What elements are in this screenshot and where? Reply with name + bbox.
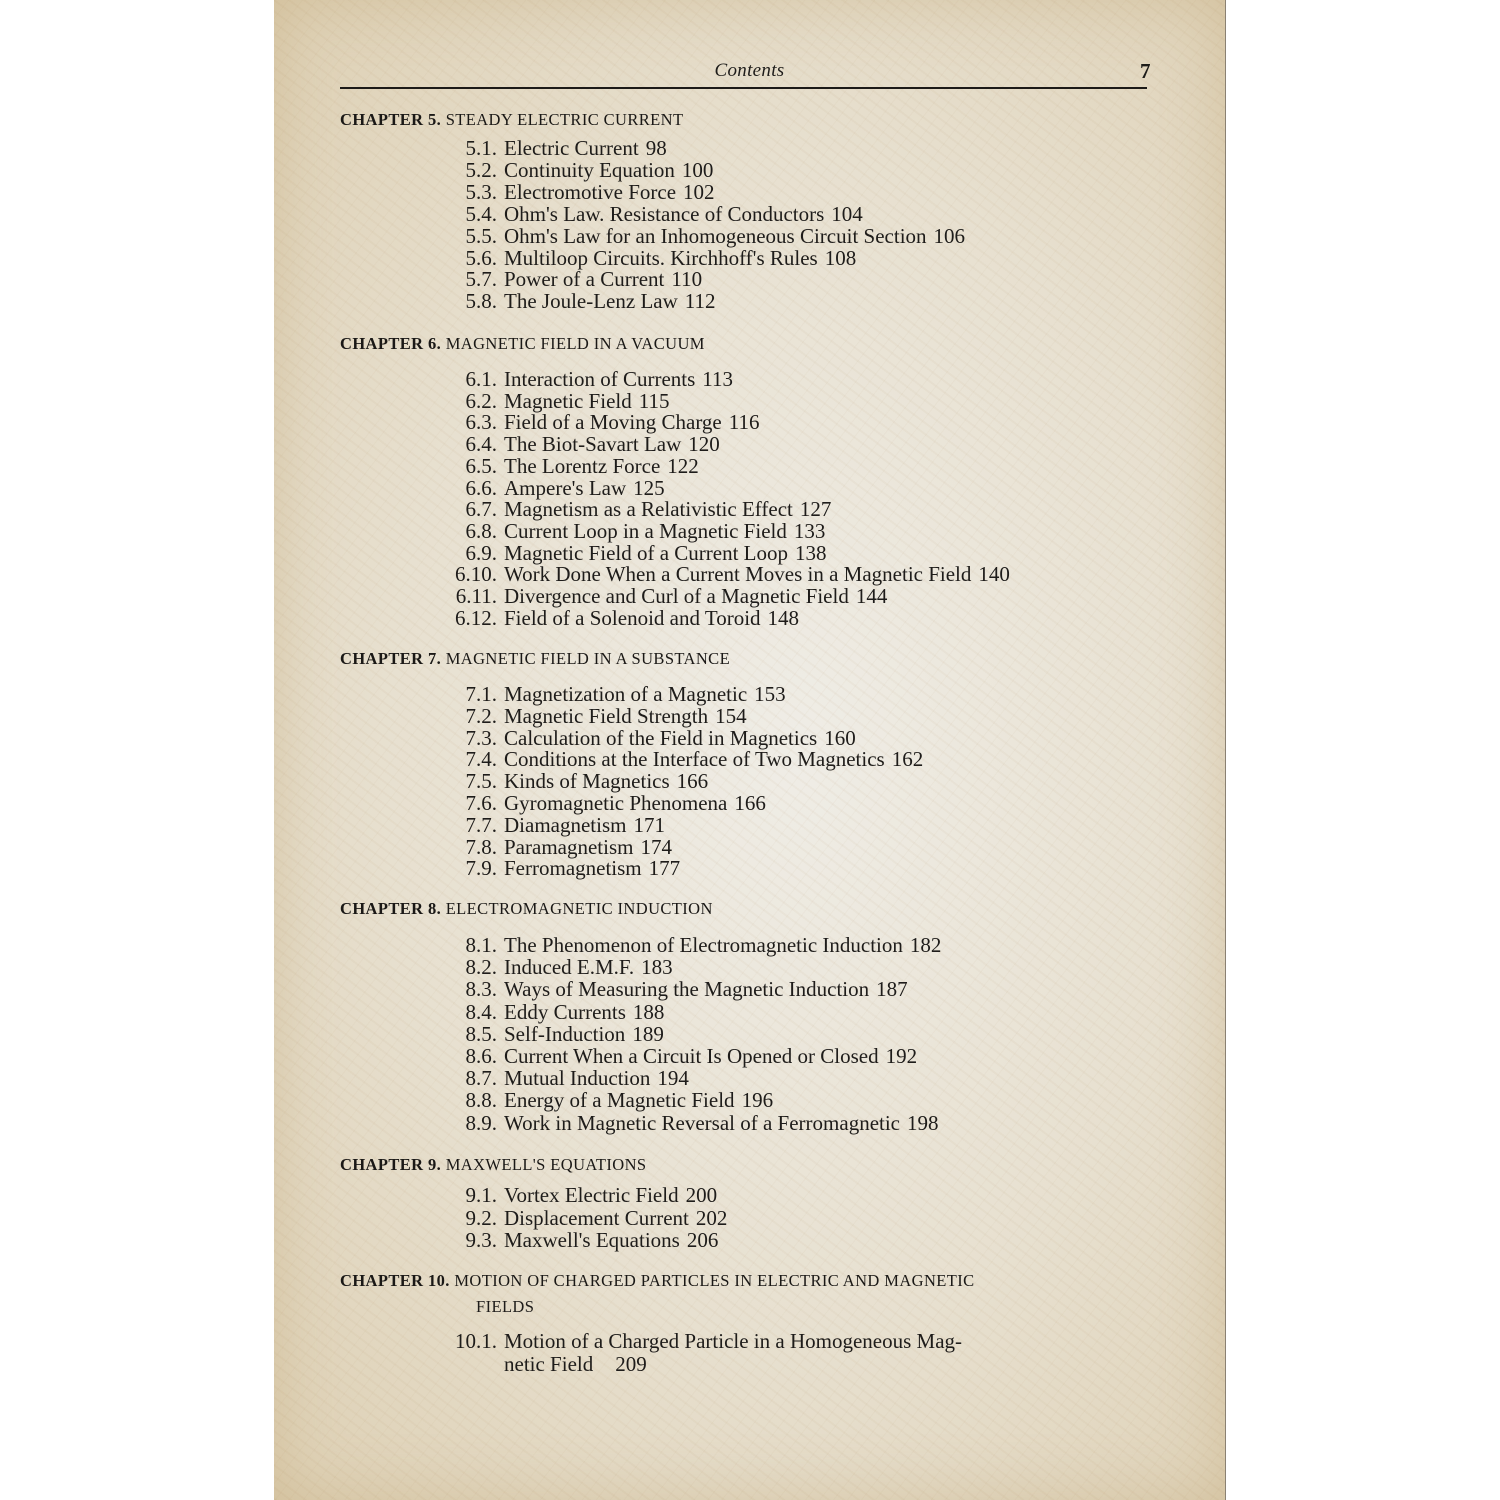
section-title: Magnetization of a Magnetic153: [504, 683, 786, 705]
toc-entry[interactable]: 8.3.Ways of Measuring the Magnetic Induc…: [274, 978, 1225, 1000]
section-title: Calculation of the Field in Magnetics160: [504, 727, 856, 749]
toc-entry[interactable]: 7.8.Paramagnetism174: [274, 836, 1225, 858]
section-page-number: 209: [615, 1352, 647, 1376]
page-number: 7: [1140, 59, 1151, 84]
section-title: Maxwell's Equations206: [504, 1229, 718, 1251]
section-title-text: Field of a Moving Charge: [504, 410, 722, 434]
section-title-text: Energy of a Magnetic Field: [504, 1088, 735, 1112]
section-page-number: 100: [682, 158, 714, 182]
section-page-number: 106: [934, 224, 966, 248]
section-number: 8.8.: [466, 1089, 498, 1111]
chapter-label: CHAPTER 8.: [340, 899, 441, 918]
section-page-number: 196: [742, 1088, 774, 1112]
section-page-number: 148: [768, 606, 800, 630]
section-number: 9.1.: [466, 1184, 498, 1206]
toc-entry[interactable]: 5.3.Electromotive Force102: [274, 181, 1225, 203]
section-number: 6.10.: [455, 563, 497, 585]
section-number: 8.6.: [466, 1045, 498, 1067]
toc-entry[interactable]: 6.2.Magnetic Field115: [274, 390, 1225, 412]
section-title-text: Work Done When a Current Moves in a Magn…: [504, 562, 971, 586]
chapter-heading[interactable]: CHAPTER 8. ELECTROMAGNETIC INDUCTION: [340, 899, 713, 919]
section-number: 9.2.: [466, 1207, 498, 1229]
section-number: 6.8.: [466, 520, 498, 542]
chapter-title: MAXWELL'S EQUATIONS: [441, 1155, 646, 1174]
section-page-number: 104: [831, 202, 863, 226]
section-title-text: Continuity Equation: [504, 158, 675, 182]
toc-entry[interactable]: 5.4.Ohm's Law. Resistance of Conductors1…: [274, 203, 1225, 225]
section-title: Magnetism as a Relativistic Effect127: [504, 498, 831, 520]
toc-entry[interactable]: 8.5.Self-Induction189: [274, 1023, 1225, 1045]
toc-entry[interactable]: 6.1.Interaction of Currents113: [274, 368, 1225, 390]
toc-entry[interactable]: 6.10.Work Done When a Current Moves in a…: [274, 563, 1225, 585]
toc-entry[interactable]: 8.1.The Phenomenon of Electromagnetic In…: [274, 934, 1225, 956]
section-number: 5.8.: [466, 290, 498, 312]
section-number: 6.11.: [456, 585, 497, 607]
section-title: Induced E.M.F.183: [504, 956, 673, 978]
section-page-number: 153: [754, 682, 786, 706]
section-title-text: Current Loop in a Magnetic Field: [504, 519, 787, 543]
section-title: Continuity Equation100: [504, 159, 713, 181]
section-title: Magnetic Field of a Current Loop138: [504, 542, 827, 564]
section-title-text: Magnetic Field: [504, 389, 632, 413]
toc-entry[interactable]: 8.2.Induced E.M.F.183: [274, 956, 1225, 978]
toc-entry[interactable]: 9.3.Maxwell's Equations206: [274, 1229, 1225, 1251]
section-page-number: 198: [907, 1111, 939, 1135]
section-number: 6.7.: [466, 498, 498, 520]
section-number: 8.2.: [466, 956, 498, 978]
section-number: 5.5.: [466, 225, 498, 247]
toc-entry[interactable]: 5.2.Continuity Equation100: [274, 159, 1225, 181]
section-title-text: Gyromagnetic Phenomena: [504, 791, 727, 815]
section-title: Current When a Circuit Is Opened or Clos…: [504, 1045, 917, 1067]
section-title-text: Divergence and Curl of a Magnetic Field: [504, 584, 849, 608]
toc-entry[interactable]: 7.4.Conditions at the Interface of Two M…: [274, 748, 1225, 770]
section-title: Magnetic Field Strength154: [504, 705, 747, 727]
section-title-text: Calculation of the Field in Magnetics: [504, 726, 817, 750]
section-page-number: 202: [696, 1206, 728, 1230]
section-title: Kinds of Magnetics166: [504, 770, 708, 792]
chapter-label: CHAPTER 9.: [340, 1155, 441, 1174]
section-number: 6.5.: [466, 455, 498, 477]
section-title-text: Ohm's Law. Resistance of Conductors: [504, 202, 824, 226]
chapter-heading[interactable]: CHAPTER 6. MAGNETIC FIELD IN A VACUUM: [340, 334, 705, 354]
section-title-text: Magnetism as a Relativistic Effect: [504, 497, 793, 521]
toc-entry[interactable]: 6.7.Magnetism as a Relativistic Effect12…: [274, 498, 1225, 520]
toc-entry[interactable]: 5.6.Multiloop Circuits. Kirchhoff's Rule…: [274, 247, 1225, 269]
section-title-text: Multiloop Circuits. Kirchhoff's Rules: [504, 246, 818, 270]
section-page-number: 127: [800, 497, 832, 521]
section-page-number: 133: [794, 519, 826, 543]
section-number: 6.3.: [466, 411, 498, 433]
toc-entry[interactable]: 7.9.Ferromagnetism177: [274, 857, 1225, 879]
section-number: 7.2.: [466, 705, 498, 727]
section-number: 7.8.: [466, 836, 498, 858]
section-title-text: The Phenomenon of Electromagnetic Induct…: [504, 933, 903, 957]
section-number: 5.2.: [466, 159, 498, 181]
section-page-number: 116: [729, 410, 760, 434]
section-page-number: 108: [825, 246, 857, 270]
section-title: The Lorentz Force122: [504, 455, 699, 477]
section-title: Ampere's Law125: [504, 477, 665, 499]
section-page-number: 122: [667, 454, 699, 478]
section-title-text: Field of a Solenoid and Toroid: [504, 606, 761, 630]
section-number: 7.7.: [466, 814, 498, 836]
section-title-text: Ways of Measuring the Magnetic Induction: [504, 977, 869, 1001]
section-title-text: Vortex Electric Field: [504, 1183, 679, 1207]
section-title: Eddy Currents188: [504, 1001, 664, 1023]
section-title-text: Self-Induction: [504, 1022, 625, 1046]
section-title-text: Work in Magnetic Reversal of a Ferromagn…: [504, 1111, 900, 1135]
section-page-number: 98: [646, 136, 667, 160]
section-title: Paramagnetism174: [504, 836, 672, 858]
chapter-heading[interactable]: CHAPTER 9. MAXWELL'S EQUATIONS: [340, 1155, 646, 1175]
toc-entry[interactable]: 9.1.Vortex Electric Field200: [274, 1184, 1225, 1206]
section-title-text: The Joule-Lenz Law: [504, 289, 678, 313]
toc-entry[interactable]: 8.7.Mutual Induction194: [274, 1067, 1225, 1089]
section-page-number: 144: [856, 584, 888, 608]
toc-entry[interactable]: 6.9.Magnetic Field of a Current Loop138: [274, 542, 1225, 564]
section-page-number: 140: [978, 562, 1010, 586]
section-number: 6.12.: [455, 607, 497, 629]
toc-entry[interactable]: 6.3.Field of a Moving Charge116: [274, 411, 1225, 433]
section-number: 9.3.: [466, 1229, 498, 1251]
section-title: The Phenomenon of Electromagnetic Induct…: [504, 934, 941, 956]
section-title-text: Magnetization of a Magnetic: [504, 682, 747, 706]
section-title-text: Magnetic Field Strength: [504, 704, 708, 728]
section-number: 8.1.: [466, 934, 498, 956]
section-title: Mutual Induction194: [504, 1067, 689, 1089]
chapter-title-continued: FIELDS: [476, 1297, 534, 1317]
section-page-number: 162: [892, 747, 924, 771]
section-page-number: 177: [649, 856, 681, 880]
section-title-text: Current When a Circuit Is Opened or Clos…: [504, 1044, 879, 1068]
chapter-heading[interactable]: CHAPTER 10. MOTION OF CHARGED PARTICLES …: [340, 1271, 975, 1291]
section-title-text: Induced E.M.F.: [504, 955, 634, 979]
section-page-number: 174: [640, 835, 672, 859]
section-title: Interaction of Currents113: [504, 368, 733, 390]
section-number: 8.3.: [466, 978, 498, 1000]
section-page-number: 183: [641, 955, 673, 979]
section-number: 8.5.: [466, 1023, 498, 1045]
running-head: Contents: [274, 60, 1225, 82]
section-title: Gyromagnetic Phenomena166: [504, 792, 766, 814]
chapter-label: CHAPTER 6.: [340, 334, 441, 353]
section-title-text: Kinds of Magnetics: [504, 769, 670, 793]
section-number: 10.1.: [455, 1330, 497, 1352]
section-page-number: 192: [886, 1044, 918, 1068]
section-number: 5.4.: [466, 203, 498, 225]
toc-entry[interactable]: 8.8.Energy of a Magnetic Field196: [274, 1089, 1225, 1111]
section-page-number: 110: [671, 267, 702, 291]
toc-entry[interactable]: 5.5.Ohm's Law for an Inhomogeneous Circu…: [274, 225, 1225, 247]
toc-entry[interactable]: 9.2.Displacement Current202: [274, 1207, 1225, 1229]
section-title-text: Maxwell's Equations: [504, 1228, 680, 1252]
section-number: 5.1.: [466, 137, 498, 159]
section-title: Vortex Electric Field200: [504, 1184, 717, 1206]
toc-entry[interactable]: 8.9.Work in Magnetic Reversal of a Ferro…: [274, 1112, 1225, 1134]
toc-entry[interactable]: 7.7.Diamagnetism171: [274, 814, 1225, 836]
toc-entry[interactable]: 6.12.Field of a Solenoid and Toroid148: [274, 607, 1225, 629]
section-number: 6.6.: [466, 477, 498, 499]
section-title-text: Motion of a Charged Particle in a Homoge…: [504, 1329, 962, 1353]
section-number: 7.5.: [466, 770, 498, 792]
section-title: Work Done When a Current Moves in a Magn…: [504, 563, 1010, 585]
section-number: 6.1.: [466, 368, 498, 390]
section-title-text: Displacement Current: [504, 1206, 689, 1230]
toc-entry[interactable]: 6.5.The Lorentz Force122: [274, 455, 1225, 477]
toc-entry[interactable]: 5.8.The Joule-Lenz Law112: [274, 290, 1225, 312]
section-number: 7.3.: [466, 727, 498, 749]
section-number: 5.3.: [466, 181, 498, 203]
section-title: Ferromagnetism177: [504, 857, 680, 879]
toc-entry[interactable]: 7.6.Gyromagnetic Phenomena166: [274, 792, 1225, 814]
section-title: Energy of a Magnetic Field196: [504, 1089, 773, 1111]
toc-entry[interactable]: 7.1.Magnetization of a Magnetic153: [274, 683, 1225, 705]
section-page-number: 112: [685, 289, 716, 313]
section-title: Displacement Current202: [504, 1207, 727, 1229]
section-title: Diamagnetism171: [504, 814, 665, 836]
section-title-text: Mutual Induction: [504, 1066, 650, 1090]
chapter-heading[interactable]: CHAPTER 5. STEADY ELECTRIC CURRENT: [340, 110, 683, 130]
section-title-text: Interaction of Currents: [504, 367, 695, 391]
chapter-title: STEADY ELECTRIC CURRENT: [441, 110, 683, 129]
section-page-number: 125: [633, 476, 665, 500]
section-title: Multiloop Circuits. Kirchhoff's Rules108: [504, 247, 856, 269]
section-number: 8.4.: [466, 1001, 498, 1023]
section-title: The Biot-Savart Law120: [504, 433, 720, 455]
section-page-number: 166: [677, 769, 709, 793]
section-page-number: 206: [687, 1228, 719, 1252]
section-title: Power of a Current110: [504, 268, 702, 290]
section-page-number: 166: [734, 791, 766, 815]
section-page-number: 200: [686, 1183, 718, 1207]
section-title: Work in Magnetic Reversal of a Ferromagn…: [504, 1112, 939, 1134]
section-title: Field of a Solenoid and Toroid148: [504, 607, 799, 629]
section-title-continued: netic Field209: [504, 1353, 647, 1375]
toc-entry[interactable]: 10.1.Motion of a Charged Particle in a H…: [274, 1330, 1225, 1352]
toc-entry[interactable]: 6.4.The Biot-Savart Law120: [274, 433, 1225, 455]
section-number: 7.6.: [466, 792, 498, 814]
toc-entry[interactable]: 7.5.Kinds of Magnetics166: [274, 770, 1225, 792]
chapter-title: MOTION OF CHARGED PARTICLES IN ELECTRIC …: [450, 1271, 975, 1290]
section-title-text: Power of a Current: [504, 267, 664, 291]
header-rule: [340, 87, 1147, 89]
toc-entry[interactable]: 8.4.Eddy Currents188: [274, 1001, 1225, 1023]
section-page-number: 115: [639, 389, 670, 413]
section-title-text: Ohm's Law for an Inhomogeneous Circuit S…: [504, 224, 927, 248]
section-page-number: 160: [824, 726, 856, 750]
section-number: 6.4.: [466, 433, 498, 455]
section-title: Field of a Moving Charge116: [504, 411, 760, 433]
section-title: Electric Current98: [504, 137, 667, 159]
section-title-text: Electromotive Force: [504, 180, 676, 204]
section-number: 7.9.: [466, 857, 498, 879]
section-number: 7.4.: [466, 748, 498, 770]
chapter-title: MAGNETIC FIELD IN A VACUUM: [441, 334, 705, 353]
section-title-text: Diamagnetism: [504, 813, 626, 837]
section-page-number: 120: [688, 432, 720, 456]
section-title: Divergence and Curl of a Magnetic Field1…: [504, 585, 887, 607]
toc-entry[interactable]: 6.8.Current Loop in a Magnetic Field133: [274, 520, 1225, 542]
section-page-number: 188: [633, 1000, 665, 1024]
section-title: Ways of Measuring the Magnetic Induction…: [504, 978, 908, 1000]
section-title: Ohm's Law. Resistance of Conductors104: [504, 203, 863, 225]
toc-entry[interactable]: 8.6.Current When a Circuit Is Opened or …: [274, 1045, 1225, 1067]
section-title-text: The Lorentz Force: [504, 454, 660, 478]
section-page-number: 189: [632, 1022, 664, 1046]
section-title: Self-Induction189: [504, 1023, 664, 1045]
chapter-label: CHAPTER 7.: [340, 649, 441, 668]
chapter-label: CHAPTER 10.: [340, 1271, 450, 1290]
toc-entry[interactable]: 7.3.Calculation of the Field in Magnetic…: [274, 727, 1225, 749]
section-title: Motion of a Charged Particle in a Homoge…: [504, 1330, 962, 1352]
section-number: 8.9.: [466, 1112, 498, 1134]
section-title: Magnetic Field115: [504, 390, 669, 412]
section-number: 8.7.: [466, 1067, 498, 1089]
toc-entry[interactable]: 5.1.Electric Current98: [274, 137, 1225, 159]
section-page-number: 194: [657, 1066, 689, 1090]
toc-entry[interactable]: 5.7.Power of a Current110: [274, 268, 1225, 290]
toc-entry[interactable]: 6.6.Ampere's Law125: [274, 477, 1225, 499]
chapter-heading[interactable]: CHAPTER 7. MAGNETIC FIELD IN A SUBSTANCE: [340, 649, 730, 669]
section-number: 6.2.: [466, 390, 498, 412]
section-title-text: Ferromagnetism: [504, 856, 642, 880]
section-number: 5.6.: [466, 247, 498, 269]
section-page-number: 187: [876, 977, 908, 1001]
section-page-number: 113: [702, 367, 733, 391]
section-title-text: Conditions at the Interface of Two Magne…: [504, 747, 885, 771]
section-title-text: Electric Current: [504, 136, 639, 160]
section-page-number: 154: [715, 704, 747, 728]
section-title-text: Paramagnetism: [504, 835, 633, 859]
section-title: Current Loop in a Magnetic Field133: [504, 520, 825, 542]
chapter-title: ELECTROMAGNETIC INDUCTION: [441, 899, 713, 918]
toc-entry[interactable]: 7.2.Magnetic Field Strength154: [274, 705, 1225, 727]
section-number: 6.9.: [466, 542, 498, 564]
book-page: Contents 7 CHAPTER 5. STEADY ELECTRIC CU…: [274, 0, 1226, 1500]
section-title-text: Ampere's Law: [504, 476, 626, 500]
section-title-text: Magnetic Field of a Current Loop: [504, 541, 788, 565]
section-title-text: Eddy Currents: [504, 1000, 626, 1024]
section-title: Electromotive Force102: [504, 181, 715, 203]
chapter-title: MAGNETIC FIELD IN A SUBSTANCE: [441, 649, 730, 668]
section-page-number: 102: [683, 180, 715, 204]
section-number: 5.7.: [466, 268, 498, 290]
section-page-number: 182: [910, 933, 942, 957]
section-title: Ohm's Law for an Inhomogeneous Circuit S…: [504, 225, 965, 247]
chapter-label: CHAPTER 5.: [340, 110, 441, 129]
section-page-number: 138: [795, 541, 827, 565]
section-number: 7.1.: [466, 683, 498, 705]
section-title-text: The Biot-Savart Law: [504, 432, 681, 456]
section-title-cont-text: netic Field: [504, 1352, 593, 1376]
section-title: Conditions at the Interface of Two Magne…: [504, 748, 923, 770]
section-page-number: 171: [633, 813, 665, 837]
toc-entry[interactable]: 6.11.Divergence and Curl of a Magnetic F…: [274, 585, 1225, 607]
section-title: The Joule-Lenz Law112: [504, 290, 716, 312]
